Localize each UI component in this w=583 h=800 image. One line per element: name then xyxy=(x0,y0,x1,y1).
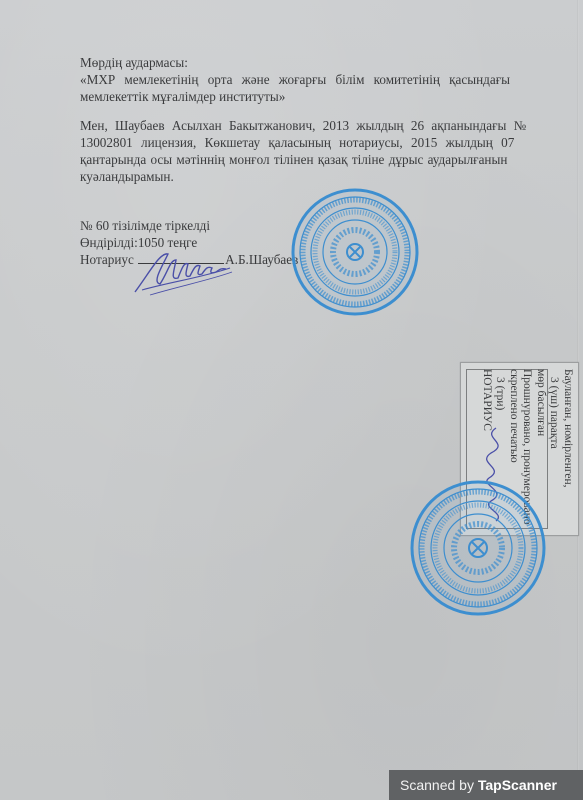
watermark-brand: TapScanner xyxy=(478,777,557,793)
register-number: № 60 тізілімде тіркелді xyxy=(80,218,298,235)
tapscanner-watermark: Scanned by TapScanner xyxy=(389,770,583,800)
certification-line-3: қантарында осы мәтіннің монғол тілінен қ… xyxy=(80,151,498,168)
heading-label: Мөрдің аудармасы: xyxy=(80,54,510,71)
certification-line-4: куәландырамын. xyxy=(80,168,498,185)
sticker-line-2: 3 (үш) парақта xyxy=(547,369,561,529)
sticker-line-1: Бауланған, номірленген, xyxy=(561,369,575,529)
notary-signature xyxy=(130,242,235,297)
translation-heading: Мөрдің аудармасы: «МХР мемлекетінің орта… xyxy=(80,54,510,105)
notary-seal-bottom xyxy=(408,478,548,618)
certification-paragraph: Мен, Шаубаев Асылхан Бакытжанович, 2013 … xyxy=(80,117,498,185)
notary-seal-top xyxy=(290,187,420,317)
watermark-prefix: Scanned by xyxy=(400,777,478,793)
certification-line-1: Мен, Шаубаев Асылхан Бакытжанович, 2013 … xyxy=(80,117,498,134)
notary-label: Нотариус xyxy=(80,252,134,267)
institution-name-line-2: мемлекеттік мұғалімдер институты» xyxy=(80,88,510,105)
certification-line-2: 13002801 лицензия, Көкшетау қаласының но… xyxy=(80,134,498,151)
institution-name-line-1: «МХР мемлекетінің орта және жоғарғы білі… xyxy=(80,71,510,88)
notary-name: А.Б.Шаубаев xyxy=(225,252,298,267)
